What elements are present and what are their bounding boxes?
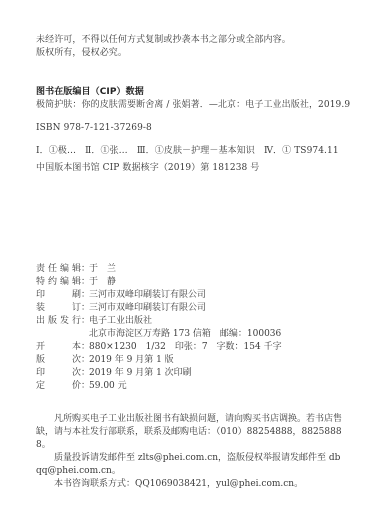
imprint-label: 责任编辑	[36, 263, 81, 276]
imprint-row-edition: 版次：2019 年 9 月第 1 版	[36, 354, 345, 367]
library-record: 中国版本图书馆 CIP 数据核字（2019）第 181238 号	[36, 162, 345, 175]
imprint-value: 2019 年 9 月第 1 次印刷	[89, 367, 192, 380]
cip-title: 图书在版编目（CIP）数据	[36, 86, 345, 99]
notice-block: 凡所购买电子工业出版社图书有缺损问题，请向购买书店调换。若书店售缺，请与本社发行…	[36, 413, 345, 491]
imprint-row-editor: 责任编辑：于 兰	[36, 263, 345, 276]
copyright-line-2: 版权所有，侵权必究。	[36, 47, 345, 60]
copyright-notice: 未经许可，不得以任何方式复制或抄袭本书之部分或全部内容。 版权所有，侵权必究。	[36, 34, 345, 60]
imprint-value: 59.00 元	[89, 380, 127, 393]
imprint-value: 于 静	[89, 276, 116, 289]
isbn: ISBN 978-7-121-37269-8	[36, 122, 345, 135]
imprint-value: 于 兰	[89, 263, 116, 276]
imprint-value: 北京市海淀区万寿路 173 信箱 邮编：100036	[89, 328, 281, 341]
imprint-value: 三河市双峰印刷装订有限公司	[89, 302, 206, 315]
imprint-row-publisher: 出版发行：电子工业出版社	[36, 315, 345, 328]
imprint-value: 电子工业出版社	[89, 315, 152, 328]
imprint-row-price: 定价：59.00 元	[36, 380, 345, 393]
imprint-value: 三河市双峰印刷装订有限公司	[89, 289, 206, 302]
imprint-row-binding: 装订：三河市双峰印刷装订有限公司	[36, 302, 345, 315]
cip-record: 极简护肤：你的皮肤需要断舍离 / 张娟著．—北京：电子工业出版社，2019.9	[36, 99, 345, 112]
imprint-row-address: 北京市海淀区万寿路 173 信箱 邮编：100036	[36, 328, 345, 341]
notice-contact-paragraph: 本书咨询联系方式：QQ1069038421，yul@phei.com.cn。	[36, 478, 345, 491]
imprint-row-format: 开本：880×1230 1/32 印张：7 字数：154 千字	[36, 341, 345, 354]
imprint-label: 印刷	[36, 289, 81, 302]
imprint-label: 开本	[36, 341, 81, 354]
notice-complaint-paragraph: 质量投诉请发邮件至 zlts@phei.com.cn，盗版侵权举报请发邮件至 d…	[36, 452, 345, 478]
imprint-label: 定价	[36, 380, 81, 393]
copyright-line-1: 未经许可，不得以任何方式复制或抄袭本书之部分或全部内容。	[36, 34, 345, 47]
imprint-row-printing: 印刷：三河市双峰印刷装订有限公司	[36, 289, 345, 302]
imprint-label: 版次	[36, 354, 81, 367]
imprint-row-special-editor: 特约编辑：于 静	[36, 276, 345, 289]
copyright-page: 未经许可，不得以任何方式复制或抄袭本书之部分或全部内容。 版权所有，侵权必究。 …	[0, 0, 375, 518]
imprint-label: 特约编辑	[36, 276, 81, 289]
imprint-value: 880×1230 1/32 印张：7 字数：154 千字	[89, 341, 282, 354]
classification: Ⅰ．①极… Ⅱ．①张… Ⅲ．①皮肤－护理－基本知识 Ⅳ．① TS974.11	[36, 145, 345, 158]
imprint-label: 出版发行	[36, 315, 81, 328]
imprint-value: 2019 年 9 月第 1 版	[89, 354, 174, 367]
imprint-block: 责任编辑：于 兰 特约编辑：于 静 印刷：三河市双峰印刷装订有限公司 装订：三河…	[36, 263, 345, 393]
cip-data-block: 图书在版编目（CIP）数据 极简护肤：你的皮肤需要断舍离 / 张娟著．—北京：电…	[36, 86, 345, 175]
imprint-label: 装订	[36, 302, 81, 315]
notice-defect-paragraph: 凡所购买电子工业出版社图书有缺损问题，请向购买书店调换。若书店售缺，请与本社发行…	[36, 413, 345, 452]
imprint-row-impression: 印次：2019 年 9 月第 1 次印刷	[36, 367, 345, 380]
imprint-label: 印次	[36, 367, 81, 380]
